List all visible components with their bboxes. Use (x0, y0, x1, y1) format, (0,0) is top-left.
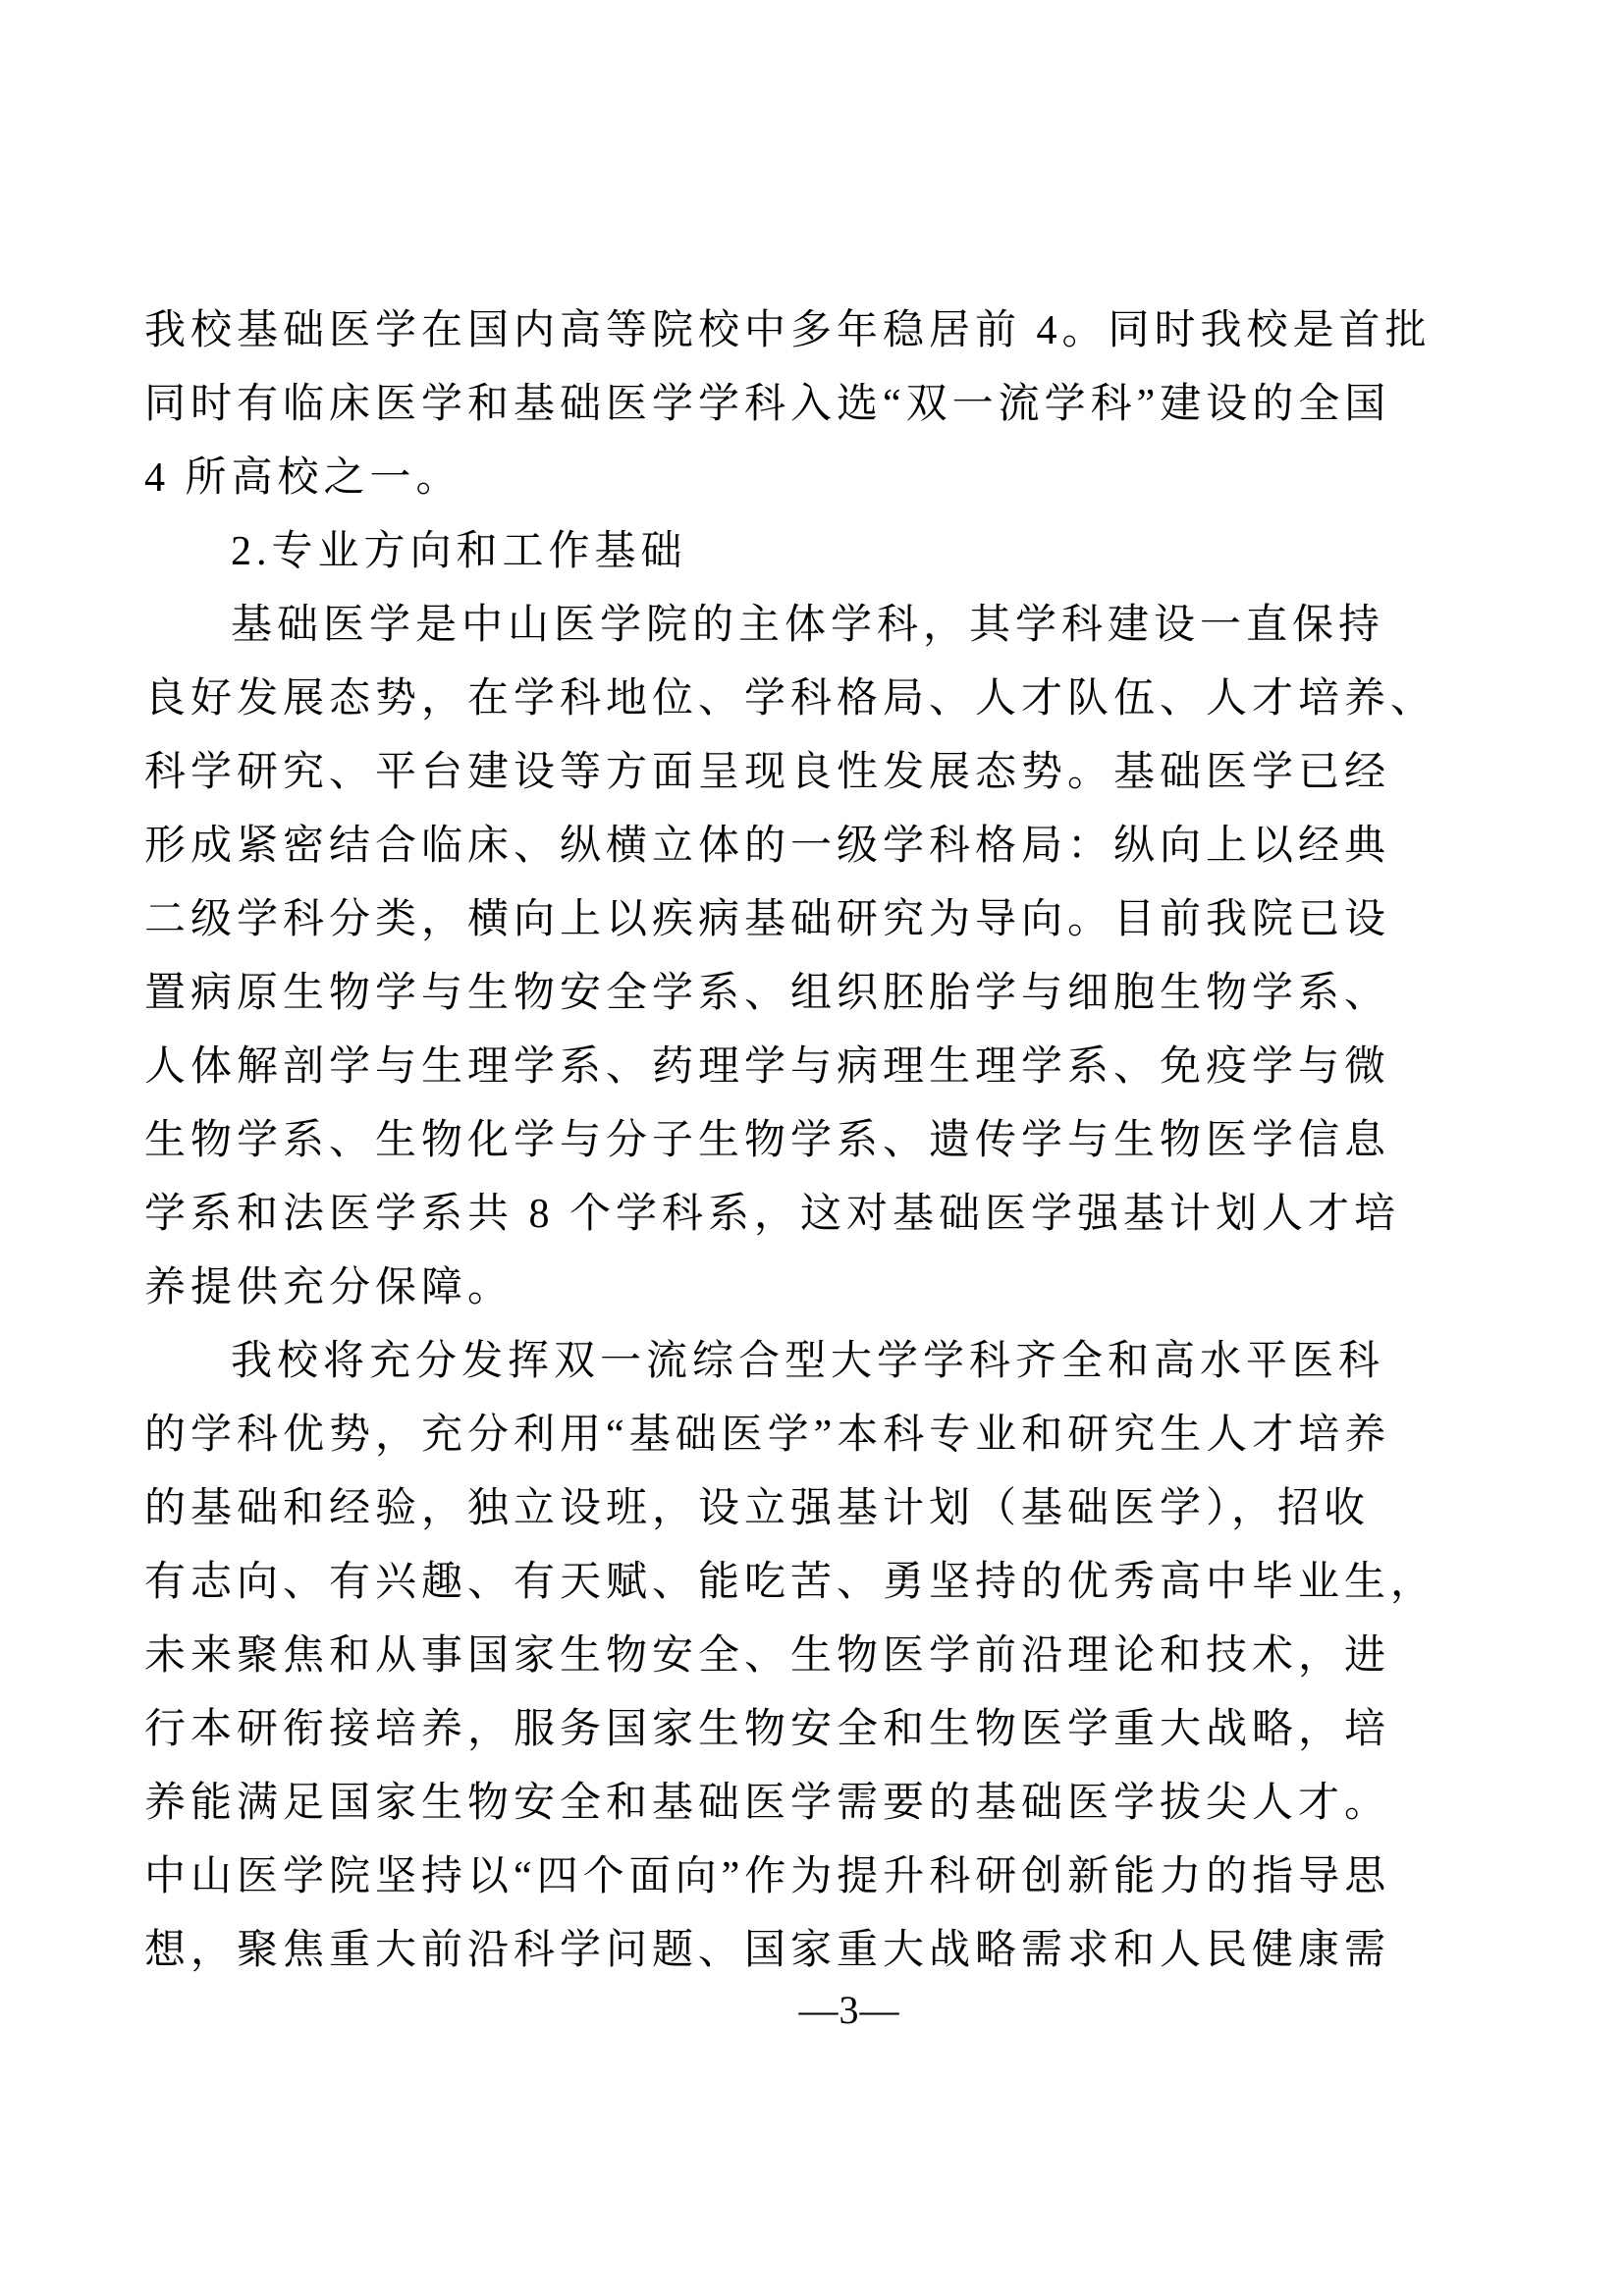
text-line: 有志向、有兴趣、有天赋、能吃苦、勇坚持的优秀高中毕业生， (144, 1546, 1450, 1620)
document-page: 我校基础医学在国内高等院校中多年稳居前 4。同时我校是首批 同时有临床医学和基础… (0, 0, 1624, 2296)
text-line: 4 所高校之一。 (144, 442, 1450, 515)
text-line: 我校基础医学在国内高等院校中多年稳居前 4。同时我校是首批 (144, 294, 1450, 368)
text-line: 的基础和经验，独立设班，设立强基计划（基础医学），招收 (144, 1472, 1450, 1546)
text-line: 我校将充分发挥双一流综合型大学学科齐全和高水平医科 (144, 1325, 1450, 1399)
text-line: 养能满足国家生物安全和基础医学需要的基础医学拔尖人才。 (144, 1767, 1450, 1841)
text-line: 学系和法医学系共 8 个学科系，这对基础医学强基计划人才培 (144, 1178, 1450, 1252)
text-line: 二级学科分类，横向上以疾病基础研究为导向。目前我院已设 (144, 883, 1450, 957)
text-line: 生物学系、生物化学与分子生物学系、遗传学与生物医学信息 (144, 1104, 1450, 1178)
text-line: 行本研衔接培养，服务国家生物安全和生物医学重大战略，培 (144, 1693, 1450, 1767)
text-line: 科学研究、平台建设等方面呈现良性发展态势。基础医学已经 (144, 736, 1450, 810)
text-line: 置病原生物学与生物安全学系、组织胚胎学与细胞生物学系、 (144, 957, 1450, 1031)
text-line: 的学科优势，充分利用“基础医学”本科专业和研究生人才培养 (144, 1399, 1450, 1472)
text-line: 未来聚焦和从事国家生物安全、生物医学前沿理论和技术，进 (144, 1620, 1450, 1693)
text-line: 同时有临床医学和基础医学学科入选“双一流学科”建设的全国 (144, 368, 1450, 442)
text-body: 我校基础医学在国内高等院校中多年稳居前 4。同时我校是首批 同时有临床医学和基础… (144, 294, 1450, 1988)
page-footer: —3— (0, 1985, 1624, 2036)
section-heading-line: 2.专业方向和工作基础 (144, 515, 1450, 589)
page-number: —3— (799, 1985, 900, 2036)
text-line: 想，聚焦重大前沿科学问题、国家重大战略需求和人民健康需 (144, 1914, 1450, 1988)
text-line: 形成紧密结合临床、纵横立体的一级学科格局：纵向上以经典 (144, 810, 1450, 883)
text-line: 良好发展态势，在学科地位、学科格局、人才队伍、人才培养、 (144, 663, 1450, 736)
text-line: 中山医学院坚持以“四个面向”作为提升科研创新能力的指导思 (144, 1841, 1450, 1914)
text-line: 人体解剖学与生理学系、药理学与病理生理学系、免疫学与微 (144, 1031, 1450, 1104)
text-line: 养提供充分保障。 (144, 1252, 1450, 1325)
text-line: 基础医学是中山医学院的主体学科，其学科建设一直保持 (144, 589, 1450, 663)
